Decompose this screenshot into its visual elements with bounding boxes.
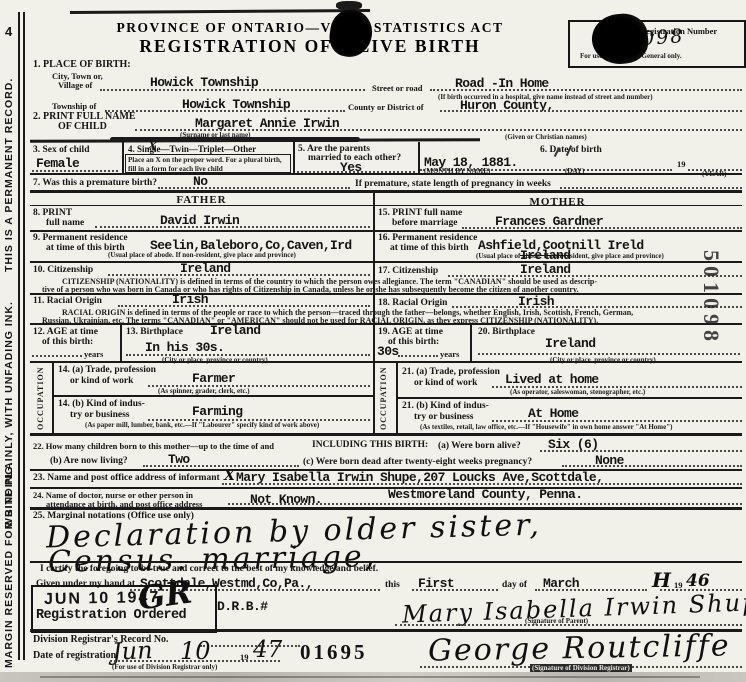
- mother-print-label-1: 15. PRINT full name: [378, 208, 462, 218]
- father-citizenship-label: 10. Citizenship: [33, 265, 93, 275]
- divider: [470, 323, 472, 361]
- mother-occupation-vertical-label: OCCUPATION: [379, 368, 388, 430]
- given-name-note: (Given or Christian names): [505, 133, 587, 141]
- born-dead-label: (c) Were born dead after twenty-eight we…: [303, 457, 532, 467]
- mother-trade-label-2: or kind of work: [414, 378, 477, 388]
- mother-industry-note: (As textiles, retail, law office, etc.—I…: [420, 423, 672, 431]
- dotted-line: [412, 589, 498, 591]
- divider: [52, 361, 54, 434]
- father-birthplace-note: (City or place, province or country): [162, 356, 268, 364]
- father-trade-note: (As spinner, grader, clerk, etc.): [158, 387, 250, 395]
- father-occupation-vertical-label: OCCUPATION: [36, 368, 45, 430]
- record-number: 01695: [300, 640, 368, 665]
- mother-age-label-1: 19. AGE at time: [378, 327, 443, 337]
- rule: [30, 190, 742, 193]
- children-born-label: 22. How many children born to this mothe…: [33, 441, 274, 451]
- father-residence-note: (Usual place of abode. If non-resident, …: [108, 251, 296, 259]
- rule: [30, 230, 742, 232]
- mother-industry-label-2: try or business: [414, 412, 473, 422]
- dotted-line: [32, 355, 82, 357]
- divider: [293, 142, 295, 173]
- mother-residence-note: (Usual place of abode. If non-resident, …: [476, 252, 664, 260]
- father-age-label-2: of this birth:: [42, 337, 93, 347]
- date-of-registration-label: Date of registration: [33, 650, 116, 661]
- born-alive-label: (a) Were born alive?: [438, 441, 521, 451]
- mother-print-label-2: before marriage: [392, 218, 458, 228]
- dotted-line: [492, 420, 742, 422]
- rule: [30, 433, 742, 436]
- dotted-line: [105, 110, 345, 112]
- county-label: County or District of: [348, 102, 424, 112]
- father-racial-origin-label: 11. Racial Origin: [33, 296, 102, 306]
- stamp-handwritten-initials: GR: [136, 572, 195, 617]
- dotted-line: [430, 89, 742, 91]
- father-trade-label-2: or kind of work: [70, 376, 133, 386]
- dotted-line: [562, 465, 742, 467]
- father-trade-value: Farmer: [192, 371, 235, 386]
- informant-x-mark: X: [224, 468, 235, 484]
- father-industry-note: (As paper mill, lumber, bank, etc.—If "L…: [85, 421, 319, 429]
- page-number: 4: [5, 24, 13, 39]
- mother-industry-value: At Home: [528, 406, 578, 421]
- rule: [396, 397, 742, 399]
- father-age-years-label: years: [84, 349, 103, 359]
- plural-birth-note: Place an X on the proper word. For a plu…: [126, 155, 290, 174]
- margin-note-permanent-record: THIS IS A PERMANENT RECORD.: [3, 42, 15, 272]
- dotted-line: [535, 589, 647, 591]
- mother-citizenship-label: 17. Citizenship: [378, 266, 438, 276]
- dotted-line: [478, 353, 740, 355]
- sex-of-child-label: 3. Sex of child: [33, 145, 89, 155]
- mother-birthplace-value: Ireland: [545, 336, 595, 351]
- rule: [30, 507, 742, 510]
- scan-smudge: [40, 676, 700, 678]
- year-prefix: 19: [677, 159, 686, 169]
- dotted-line: [158, 187, 350, 189]
- dotted-line: [462, 227, 742, 229]
- dotted-line: [398, 355, 438, 357]
- binding-rule: [23, 12, 25, 660]
- certify-statement: I certify the foregoing to be true and c…: [40, 564, 378, 574]
- father-industry-value: Farming: [192, 404, 242, 419]
- dotted-line: [228, 503, 742, 505]
- dotted-line: [95, 226, 370, 228]
- scan-smudge: [70, 9, 370, 14]
- mother-residence-label-2: at time of this birth: [390, 243, 469, 253]
- divider: [120, 323, 122, 361]
- father-birthplace-label: 13. Birthplace: [126, 327, 183, 337]
- rule: [30, 561, 742, 563]
- mother-industry-label-1: 21. (b) Kind of indus-: [402, 401, 489, 411]
- dotted-line: [560, 187, 742, 189]
- division-registrar-use-note: (For use of Division Registrar only): [112, 663, 217, 671]
- place-of-birth-label: 1. PLACE OF BIRTH:: [33, 59, 131, 70]
- binding-rule: [18, 12, 20, 660]
- dotted-line: [32, 170, 118, 172]
- act-title: PROVINCE OF ONTARIO—VITAL STATISTICS ACT: [60, 20, 560, 36]
- mother-age-years-label: years: [440, 349, 459, 359]
- rule: [30, 261, 742, 263]
- premature-birth-label: 7. Was this a premature birth?: [33, 178, 157, 188]
- dotted-line: [143, 465, 299, 467]
- informant-address-value-2: Westmoreland County, Penna.: [388, 487, 582, 502]
- village-of-label: Village of: [58, 80, 92, 90]
- divider: [122, 142, 124, 173]
- dotted-line: [440, 110, 742, 112]
- father-industry-label-2: try or business: [70, 410, 129, 420]
- birth-registration-form: 4 THIS IS A PERMANENT RECORD. WRITE PLAI…: [0, 0, 746, 682]
- side-stamp-number: 501098: [698, 250, 724, 346]
- informant-label: 23. Name and post office address of info…: [33, 473, 220, 483]
- rule: [30, 323, 742, 325]
- street-or-road-label: Street or road: [372, 83, 423, 93]
- dotted-line: [200, 645, 300, 647]
- mother-birthplace-label: 20. Birthplace: [478, 327, 535, 337]
- father-age-label-1: 12. AGE at time: [33, 327, 98, 337]
- township-label: Township of: [52, 101, 96, 111]
- rule: [30, 293, 742, 295]
- father-industry-label-1: 14. (b) Kind of indus-: [58, 399, 145, 409]
- dotted-line: [118, 305, 370, 307]
- dotted-line: [222, 483, 742, 485]
- father-print-label-2: full name: [46, 218, 84, 228]
- form-title: REGISTRATION OF A LIVE BIRTH: [60, 36, 560, 57]
- mother-racial-origin-label: 18. Racial Origin: [378, 298, 447, 308]
- day-of-label: day of: [502, 580, 527, 590]
- dotted-line: [100, 89, 365, 91]
- drb-label: D.R.B.#: [217, 599, 267, 614]
- rule: [30, 361, 742, 363]
- mother-residence-label-1: 16. Permanent residence: [378, 233, 477, 243]
- signature-of-parent-note: (Signature of Parent): [525, 617, 588, 625]
- father-trade-label-1: 14. (a) Trade, profession: [58, 365, 156, 375]
- dotted-line: [540, 450, 742, 452]
- of-child-label: OF CHILD: [58, 121, 107, 132]
- city-value: Howick Township: [150, 75, 258, 90]
- this-label: this: [385, 580, 400, 590]
- rule: [30, 205, 742, 206]
- mother-birthplace-note: (City or place, province or country): [550, 356, 656, 364]
- now-living-label: (b) Are now living?: [50, 456, 128, 466]
- rule: [52, 395, 373, 397]
- rule: [30, 173, 742, 175]
- cert-year-handwritten: 46: [686, 571, 710, 591]
- including-this-birth-label: INCLUDING THIS BIRTH:: [312, 440, 428, 450]
- mother-trade-label-1: 21. (a) Trade, profession: [402, 367, 500, 377]
- father-birthplace-value: Ireland: [210, 323, 260, 338]
- rule: [30, 487, 742, 489]
- margin-note-margin-reserved: MARGIN RESERVED FOR BINDING.: [3, 508, 15, 668]
- premature-length-label: If premature, state length of pregnancy …: [355, 179, 551, 189]
- mother-age-value: 30s: [377, 344, 399, 359]
- father-print-label-1: 8. PRINT: [33, 208, 72, 218]
- dotted-line: [108, 274, 370, 276]
- division-registrar-signature: George Routcliffe: [428, 628, 731, 668]
- mother-trade-value: Lived at home: [505, 372, 599, 387]
- plural-birth-note-box: Place an X on the proper word. For a plu…: [125, 154, 291, 173]
- dotted-line: [110, 660, 280, 662]
- father-residence-label-1: 9. Permanent residence: [33, 233, 128, 243]
- mother-trade-note: (As operator, saleswoman, stenographer, …: [510, 388, 645, 396]
- signature-of-division-registrar-note: (Signature of Division Registrar): [530, 664, 632, 672]
- mother-header: MOTHER: [373, 196, 742, 208]
- sex-value: Female: [36, 156, 79, 171]
- father-age-typed-value: In his 30s.: [145, 340, 224, 355]
